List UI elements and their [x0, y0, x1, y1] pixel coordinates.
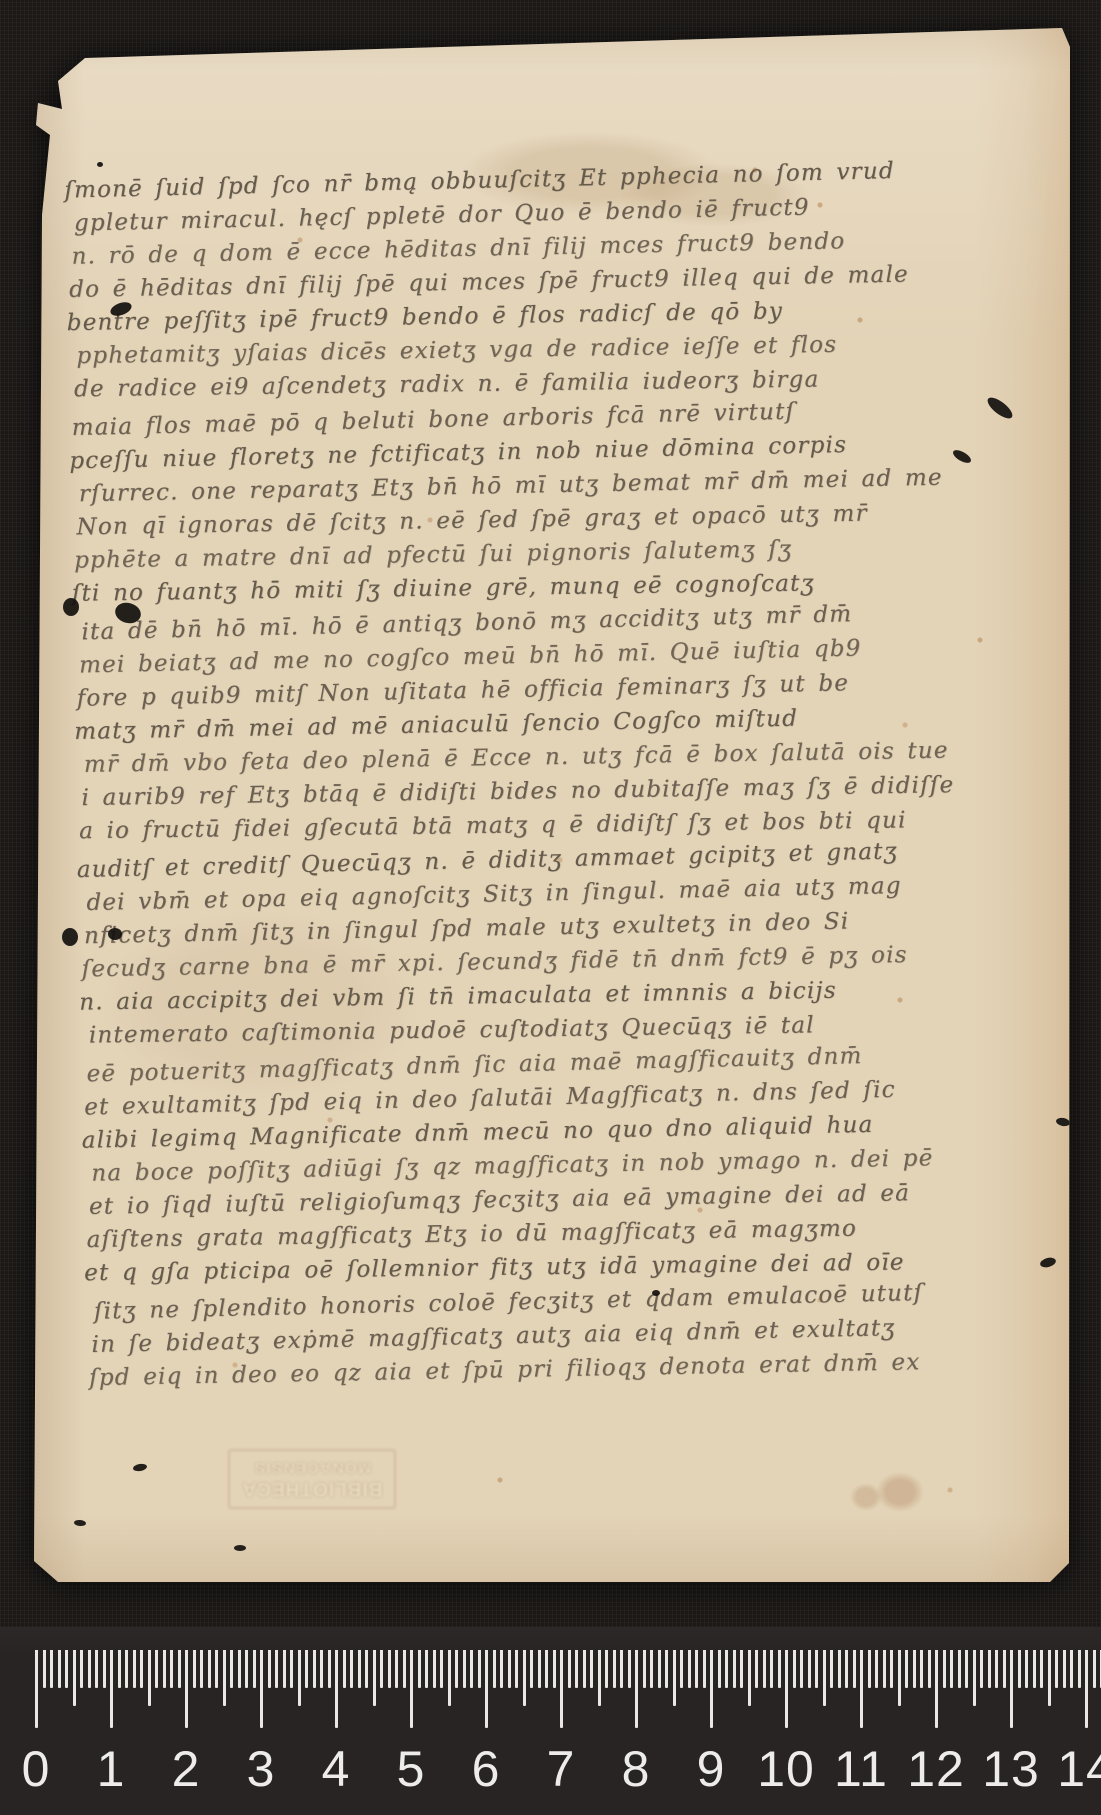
ruler-label: 12 — [907, 1739, 965, 1799]
ruler-tick — [433, 1650, 436, 1688]
ruler-label: 6 — [472, 1739, 501, 1799]
ruler-tick — [215, 1650, 218, 1688]
ruler-tick — [928, 1650, 931, 1688]
ruler-tick — [223, 1650, 226, 1706]
ruler-tick — [125, 1650, 128, 1688]
ruler-tick — [80, 1650, 83, 1688]
ruler-label: 14 — [1057, 1739, 1101, 1799]
ruler-label: 8 — [622, 1739, 651, 1799]
ink-spot — [62, 928, 78, 946]
ruler-tick — [628, 1650, 631, 1688]
ruler-label: 1 — [97, 1739, 126, 1799]
ruler-tick — [830, 1650, 833, 1688]
ruler-tick — [470, 1650, 473, 1688]
ruler-tick — [665, 1650, 668, 1688]
ruler-tick — [193, 1650, 196, 1688]
ruler-tick — [50, 1650, 53, 1688]
ruler-tick — [418, 1650, 421, 1688]
ruler-tick — [253, 1650, 256, 1688]
ruler-tick — [748, 1650, 751, 1706]
ink-spot — [234, 1545, 246, 1551]
ruler-tick — [65, 1650, 68, 1688]
ink-spot — [108, 928, 122, 940]
ruler-tick — [140, 1650, 143, 1688]
ruler-tick — [658, 1650, 661, 1688]
ruler-tick — [703, 1650, 706, 1688]
ruler-tick — [995, 1650, 998, 1688]
ruler-tick — [245, 1650, 248, 1688]
ruler-tick — [613, 1650, 616, 1688]
ruler-tick — [980, 1650, 983, 1688]
ruler-tick — [350, 1650, 353, 1688]
ruler-tick — [335, 1650, 338, 1728]
ruler-tick — [583, 1650, 586, 1688]
ruler-tick — [178, 1650, 181, 1688]
ruler-tick — [740, 1650, 743, 1688]
ruler-tick — [208, 1650, 211, 1688]
ink-spot — [74, 1519, 86, 1526]
ruler-tick — [800, 1650, 803, 1688]
ink-spot — [652, 1290, 660, 1296]
ruler-label: 3 — [247, 1739, 276, 1799]
ruler-tick — [485, 1650, 488, 1728]
ruler-tick — [380, 1650, 383, 1688]
ruler-tick — [808, 1650, 811, 1688]
ruler-tick — [185, 1650, 188, 1728]
ruler-tick — [920, 1650, 923, 1688]
ruler-tick — [1063, 1650, 1066, 1688]
ruler-tick — [425, 1650, 428, 1688]
ruler-tick — [913, 1650, 916, 1688]
ruler-tick — [763, 1650, 766, 1688]
ruler-tick — [110, 1650, 113, 1728]
ruler-tick — [875, 1650, 878, 1688]
ruler-tick — [590, 1650, 593, 1688]
ruler-tick — [155, 1650, 158, 1688]
ruler-tick — [1025, 1650, 1028, 1688]
ruler-tick — [620, 1650, 623, 1688]
ruler-tick — [283, 1650, 286, 1688]
library-stamp-line2: MONACENSIS — [253, 1459, 371, 1476]
measurement-ruler: 01234567891011121314 — [0, 1627, 1101, 1815]
ruler-tick — [958, 1650, 961, 1688]
library-stamp: BIBLIOTHECA MONACENSIS — [228, 1449, 396, 1509]
ruler-tick — [388, 1650, 391, 1688]
ruler-label: 7 — [547, 1739, 576, 1799]
ruler-tick — [508, 1650, 511, 1688]
photo-background: ſmonē ſuid ſpd ſco nr̄ bmą obbuuſcitʒ Et… — [0, 0, 1101, 1815]
ruler-tick — [320, 1650, 323, 1688]
ruler-tick — [853, 1650, 856, 1688]
ruler-tick — [35, 1650, 38, 1728]
ruler-tick — [935, 1650, 938, 1728]
ruler-tick — [448, 1650, 451, 1706]
ruler-tick — [778, 1650, 781, 1688]
ruler-tick — [1040, 1650, 1043, 1688]
ruler-tick — [838, 1650, 841, 1688]
ruler-tick — [73, 1650, 76, 1706]
ruler-tick — [328, 1650, 331, 1688]
ruler-tick — [133, 1650, 136, 1688]
ruler-tick — [890, 1650, 893, 1688]
ruler-label: 10 — [757, 1739, 815, 1799]
ruler-tick — [793, 1650, 796, 1688]
ruler-tick — [118, 1650, 121, 1688]
ruler-tick — [965, 1650, 968, 1688]
ruler-tick — [1010, 1650, 1013, 1728]
ruler-tick — [358, 1650, 361, 1688]
ruler-tick — [275, 1650, 278, 1688]
ruler-tick — [1048, 1650, 1051, 1706]
ruler-tick — [343, 1650, 346, 1688]
ruler-tick — [680, 1650, 683, 1688]
ruler-tick — [883, 1650, 886, 1688]
ruler-tick — [973, 1650, 976, 1706]
ruler-tick — [635, 1650, 638, 1728]
ruler-tick — [898, 1650, 901, 1706]
ruler-tick — [538, 1650, 541, 1688]
ruler-tick — [568, 1650, 571, 1688]
ruler-tick — [148, 1650, 151, 1706]
ruler-tick — [170, 1650, 173, 1688]
ruler-tick — [553, 1650, 556, 1688]
ruler-tick — [710, 1650, 713, 1728]
ruler-tick — [868, 1650, 871, 1688]
ruler-tick — [523, 1650, 526, 1706]
ruler-tick — [860, 1650, 863, 1728]
ruler-label: 9 — [697, 1739, 726, 1799]
ruler-tick — [770, 1650, 773, 1688]
ruler-tick — [1018, 1650, 1021, 1688]
ruler-tick — [943, 1650, 946, 1688]
ink-spot — [63, 598, 79, 616]
ruler-tick — [88, 1650, 91, 1688]
ruler-tick — [1070, 1650, 1073, 1688]
ruler-tick — [725, 1650, 728, 1688]
ruler-label: 4 — [322, 1739, 351, 1799]
manuscript-page-shadow: ſmonē ſuid ſpd ſco nr̄ bmą obbuuſcitʒ Et… — [30, 25, 1070, 1585]
ruler-tick — [103, 1650, 106, 1688]
ruler-tick — [688, 1650, 691, 1688]
ink-spot — [97, 162, 103, 167]
ruler-tick — [95, 1650, 98, 1688]
ruler-tick — [718, 1650, 721, 1688]
library-stamp-line1: BIBLIOTHECA — [242, 1477, 383, 1499]
ruler-tick — [515, 1650, 518, 1688]
ruler-tick — [733, 1650, 736, 1688]
ruler-tick — [785, 1650, 788, 1728]
ruler-tick — [395, 1650, 398, 1688]
manuscript-text: ſmonē ſuid ſpd ſco nr̄ bmą obbuuſcitʒ Et… — [64, 153, 1076, 1395]
ruler-tick — [950, 1650, 953, 1688]
ruler-tick — [988, 1650, 991, 1688]
ruler-label: 0 — [22, 1739, 51, 1799]
ruler-tick — [290, 1650, 293, 1688]
ruler-tick — [695, 1650, 698, 1688]
ruler-tick — [260, 1650, 263, 1728]
ruler-tick — [163, 1650, 166, 1688]
ruler-tick — [545, 1650, 548, 1688]
ruler-tick — [650, 1650, 653, 1688]
ruler-tick — [305, 1650, 308, 1688]
ruler-label: 11 — [834, 1739, 888, 1799]
ruler-tick — [58, 1650, 61, 1688]
ruler-tick — [500, 1650, 503, 1688]
ruler-tick — [373, 1650, 376, 1706]
ruler-tick — [560, 1650, 563, 1728]
ruler-tick — [410, 1650, 413, 1728]
ruler-tick — [823, 1650, 826, 1706]
ruler-label: 2 — [172, 1739, 201, 1799]
ruler-tick — [43, 1650, 46, 1688]
ruler-tick — [605, 1650, 608, 1688]
ruler-tick — [365, 1650, 368, 1688]
ruler-tick — [643, 1650, 646, 1688]
ruler-tick — [455, 1650, 458, 1688]
ruler-tick — [1033, 1650, 1036, 1688]
ruler-tick — [313, 1650, 316, 1688]
ruler-tick — [1085, 1650, 1088, 1728]
ruler-tick — [200, 1650, 203, 1688]
ruler-tick — [1055, 1650, 1058, 1688]
ruler-label: 5 — [397, 1739, 426, 1799]
ruler-tick — [815, 1650, 818, 1688]
ruler-tick — [905, 1650, 908, 1688]
ruler-tick — [755, 1650, 758, 1688]
ruler-tick — [440, 1650, 443, 1688]
ruler-tick — [845, 1650, 848, 1688]
ruler-tick — [1078, 1650, 1081, 1688]
ruler-tick — [493, 1650, 496, 1688]
ruler-tick — [1093, 1650, 1096, 1688]
ruler-tick — [238, 1650, 241, 1688]
ruler-tick — [403, 1650, 406, 1688]
ink-spot — [132, 1463, 147, 1472]
ruler-tick — [463, 1650, 466, 1688]
ruler-tick — [575, 1650, 578, 1688]
ruler-tick — [230, 1650, 233, 1688]
ruler-tick — [1003, 1650, 1006, 1688]
ruler-tick — [598, 1650, 601, 1706]
ruler-tick — [298, 1650, 301, 1706]
ruler-tick — [530, 1650, 533, 1688]
ruler-tick — [673, 1650, 676, 1706]
ruler-tick — [478, 1650, 481, 1688]
manuscript-page: ſmonē ſuid ſpd ſco nr̄ bmą obbuuſcitʒ Et… — [30, 25, 1070, 1585]
ruler-label: 13 — [982, 1739, 1040, 1799]
ruler-tick — [268, 1650, 271, 1688]
